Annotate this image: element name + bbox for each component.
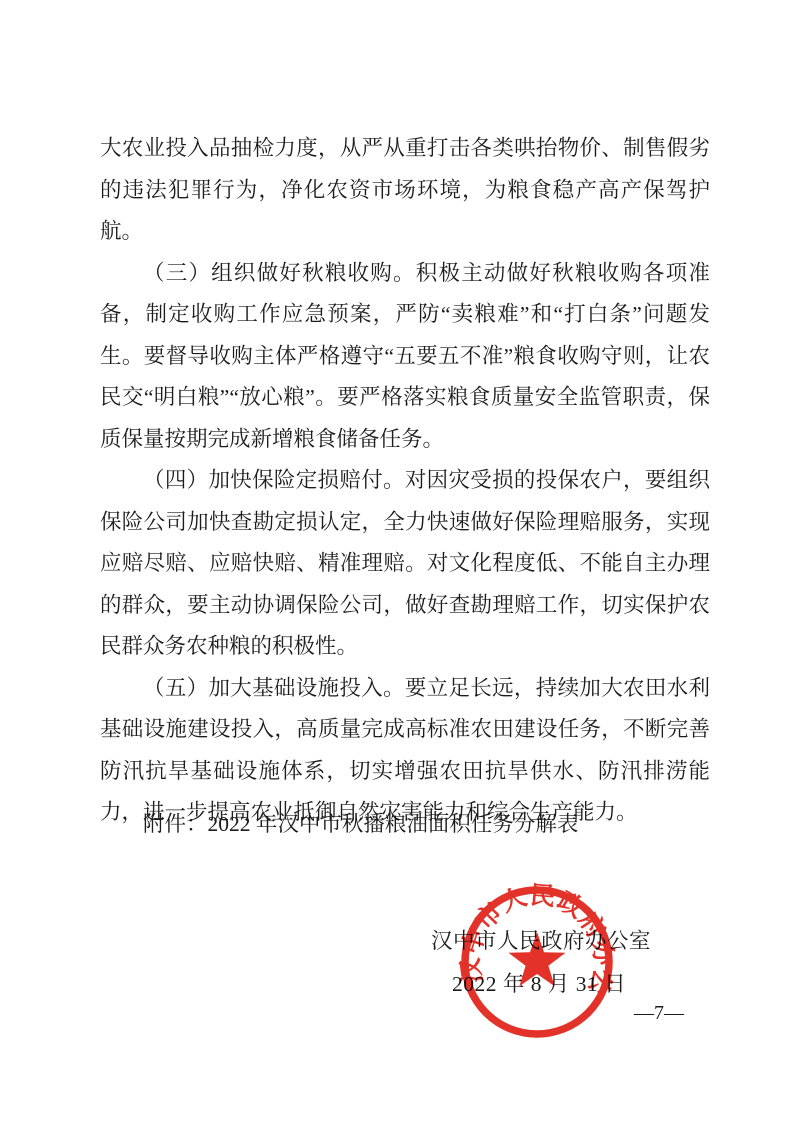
page-number: —7— [634, 998, 684, 1028]
document-page: 大农业投入品抽检力度，从严从重打击各类哄抬物价、制售假劣的违法犯罪行为，净化农资… [0, 0, 793, 1122]
signature-issuer: 汉中市人民政府办公室 [431, 921, 651, 963]
attachment-line: 附件：2022 年汉中市秋播粮油面积任务分解表 [100, 804, 710, 846]
paragraph-item-4: （四）加快保险定损赔付。对因灾受损的投保农户，要组织保险公司加快查勘定损认定，全… [100, 460, 710, 668]
paragraph-item-3: （三）组织做好秋粮收购。积极主动做好秋粮收购各项准备，制定收购工作应急预案，严防… [100, 253, 710, 461]
signature-date: 2022 年 8 月 31 日 [452, 964, 626, 1006]
document-body: 大农业投入品抽检力度，从严从重打击各类哄抬物价、制售假劣的违法犯罪行为，净化农资… [100, 128, 710, 834]
paragraph-continuation: 大农业投入品抽检力度，从严从重打击各类哄抬物价、制售假劣的违法犯罪行为，净化农资… [100, 128, 710, 253]
